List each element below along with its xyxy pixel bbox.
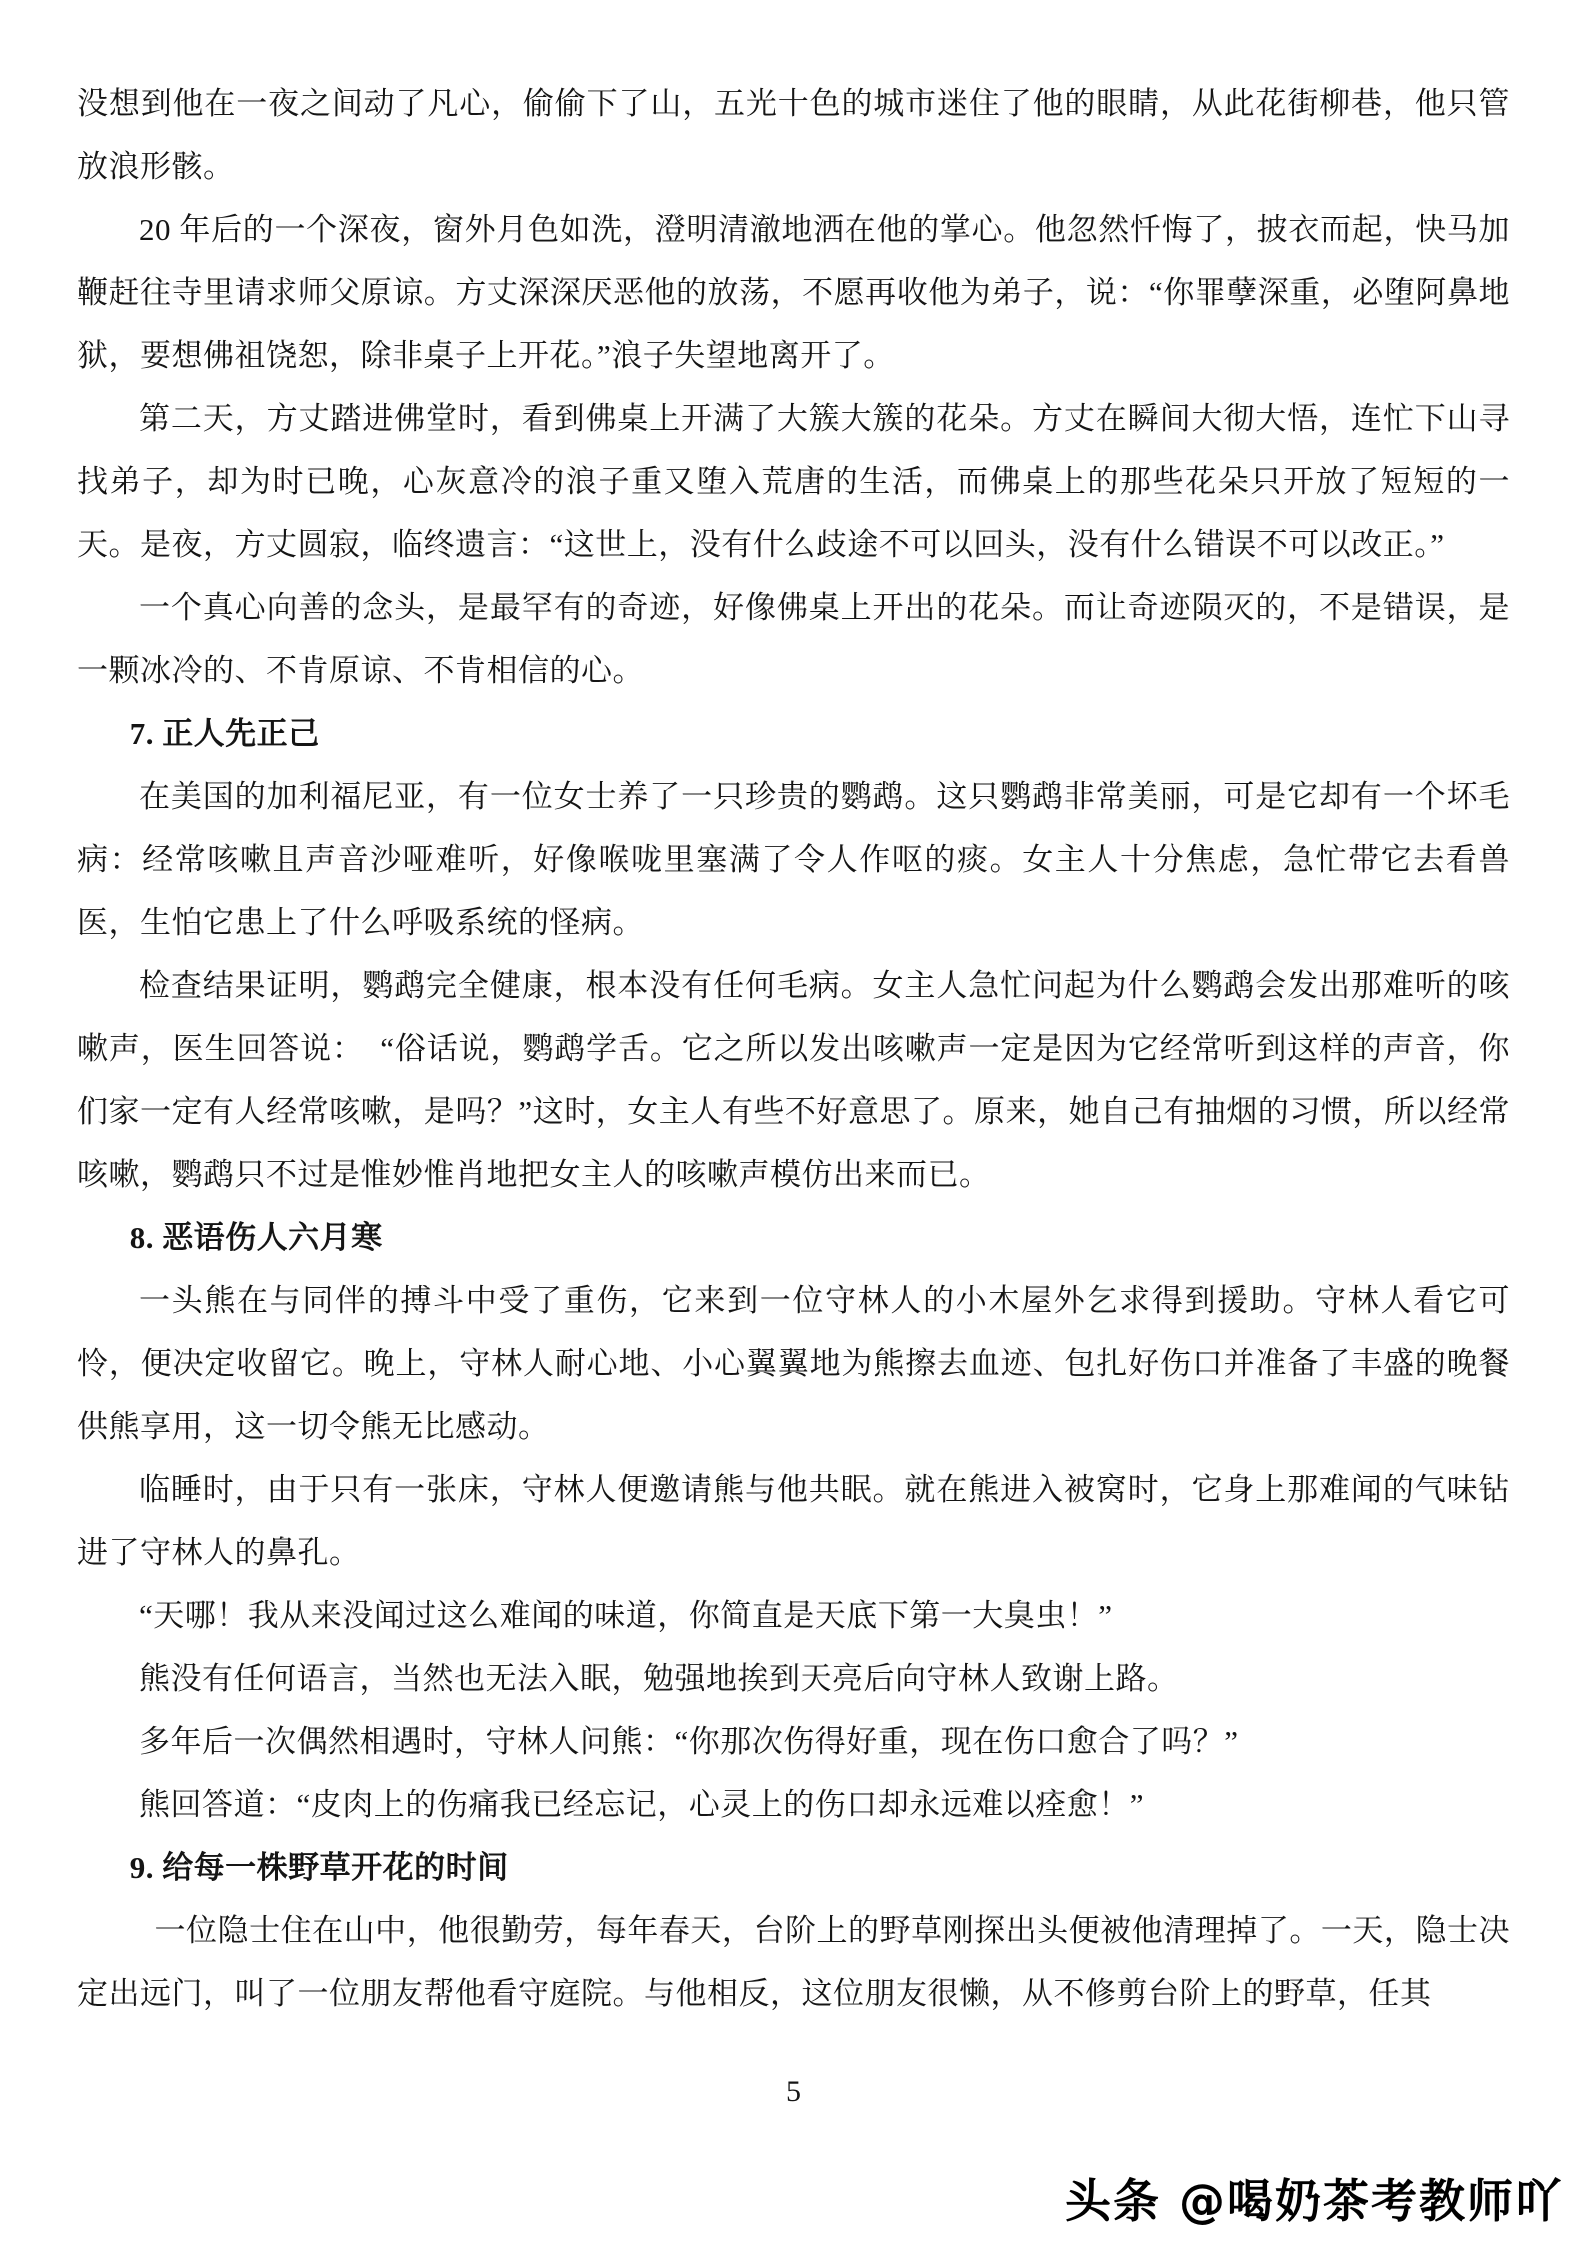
- paragraph: 多年后一次偶然相遇时，守林人问熊：“你那次伤得好重，现在伤口愈合了吗？”: [77, 1710, 1510, 1773]
- paragraph: 一位隐士住在山中，他很勤劳，每年春天，台阶上的野草刚探出头便被他清理掉了。一天，…: [77, 1899, 1510, 2025]
- paragraph: 在美国的加利福尼亚，有一位女士养了一只珍贵的鹦鹉。这只鹦鹉非常美丽，可是它却有一…: [77, 765, 1510, 954]
- paragraph: 一个真心向善的念头，是最罕有的奇迹，好像佛桌上开出的花朵。而让奇迹陨灭的，不是错…: [77, 576, 1510, 702]
- paragraph: 20 年后的一个深夜，窗外月色如洗，澄明清澈地洒在他的掌心。他忽然忏悔了，披衣而…: [77, 198, 1510, 387]
- paragraph: 熊没有任何语言，当然也无法入眠，勉强地挨到天亮后向守林人致谢上路。: [77, 1647, 1510, 1710]
- toutiao-watermark: 头条 @喝奶茶考教师吖: [1065, 2171, 1563, 2231]
- paragraph: 熊回答道：“皮肉上的伤痛我已经忘记，心灵上的伤口却永远难以痊愈！”: [77, 1773, 1510, 1836]
- document-page: { "page": { "number": "5", "watermark_te…: [0, 0, 1587, 2245]
- document-body: 没想到他在一夜之间动了凡心，偷偷下了山，五光十色的城市迷住了他的眼睛，从此花街柳…: [77, 72, 1510, 2025]
- paragraph: 一头熊在与同伴的搏斗中受了重伤，它来到一位守林人的小木屋外乞求得到援助。守林人看…: [77, 1269, 1510, 1458]
- paragraph: 临睡时，由于只有一张床，守林人便邀请熊与他共眠。就在熊进入被窝时，它身上那难闻的…: [77, 1458, 1510, 1584]
- section-heading: 8. 恶语伤人六月寒: [77, 1206, 1510, 1269]
- section-heading: 9. 给每一株野草开花的时间: [77, 1836, 1510, 1899]
- section-heading: 7. 正人先正己: [77, 702, 1510, 765]
- page-number: 5: [0, 2072, 1587, 2112]
- paragraph: 没想到他在一夜之间动了凡心，偷偷下了山，五光十色的城市迷住了他的眼睛，从此花街柳…: [77, 72, 1510, 198]
- paragraph: 第二天，方丈踏进佛堂时，看到佛桌上开满了大簇大簇的花朵。方丈在瞬间大彻大悟，连忙…: [77, 387, 1510, 576]
- paragraph: “天哪！我从来没闻过这么难闻的味道，你简直是天底下第一大臭虫！”: [77, 1584, 1510, 1647]
- paragraph: 检查结果证明，鹦鹉完全健康，根本没有任何毛病。女主人急忙问起为什么鹦鹉会发出那难…: [77, 954, 1510, 1206]
